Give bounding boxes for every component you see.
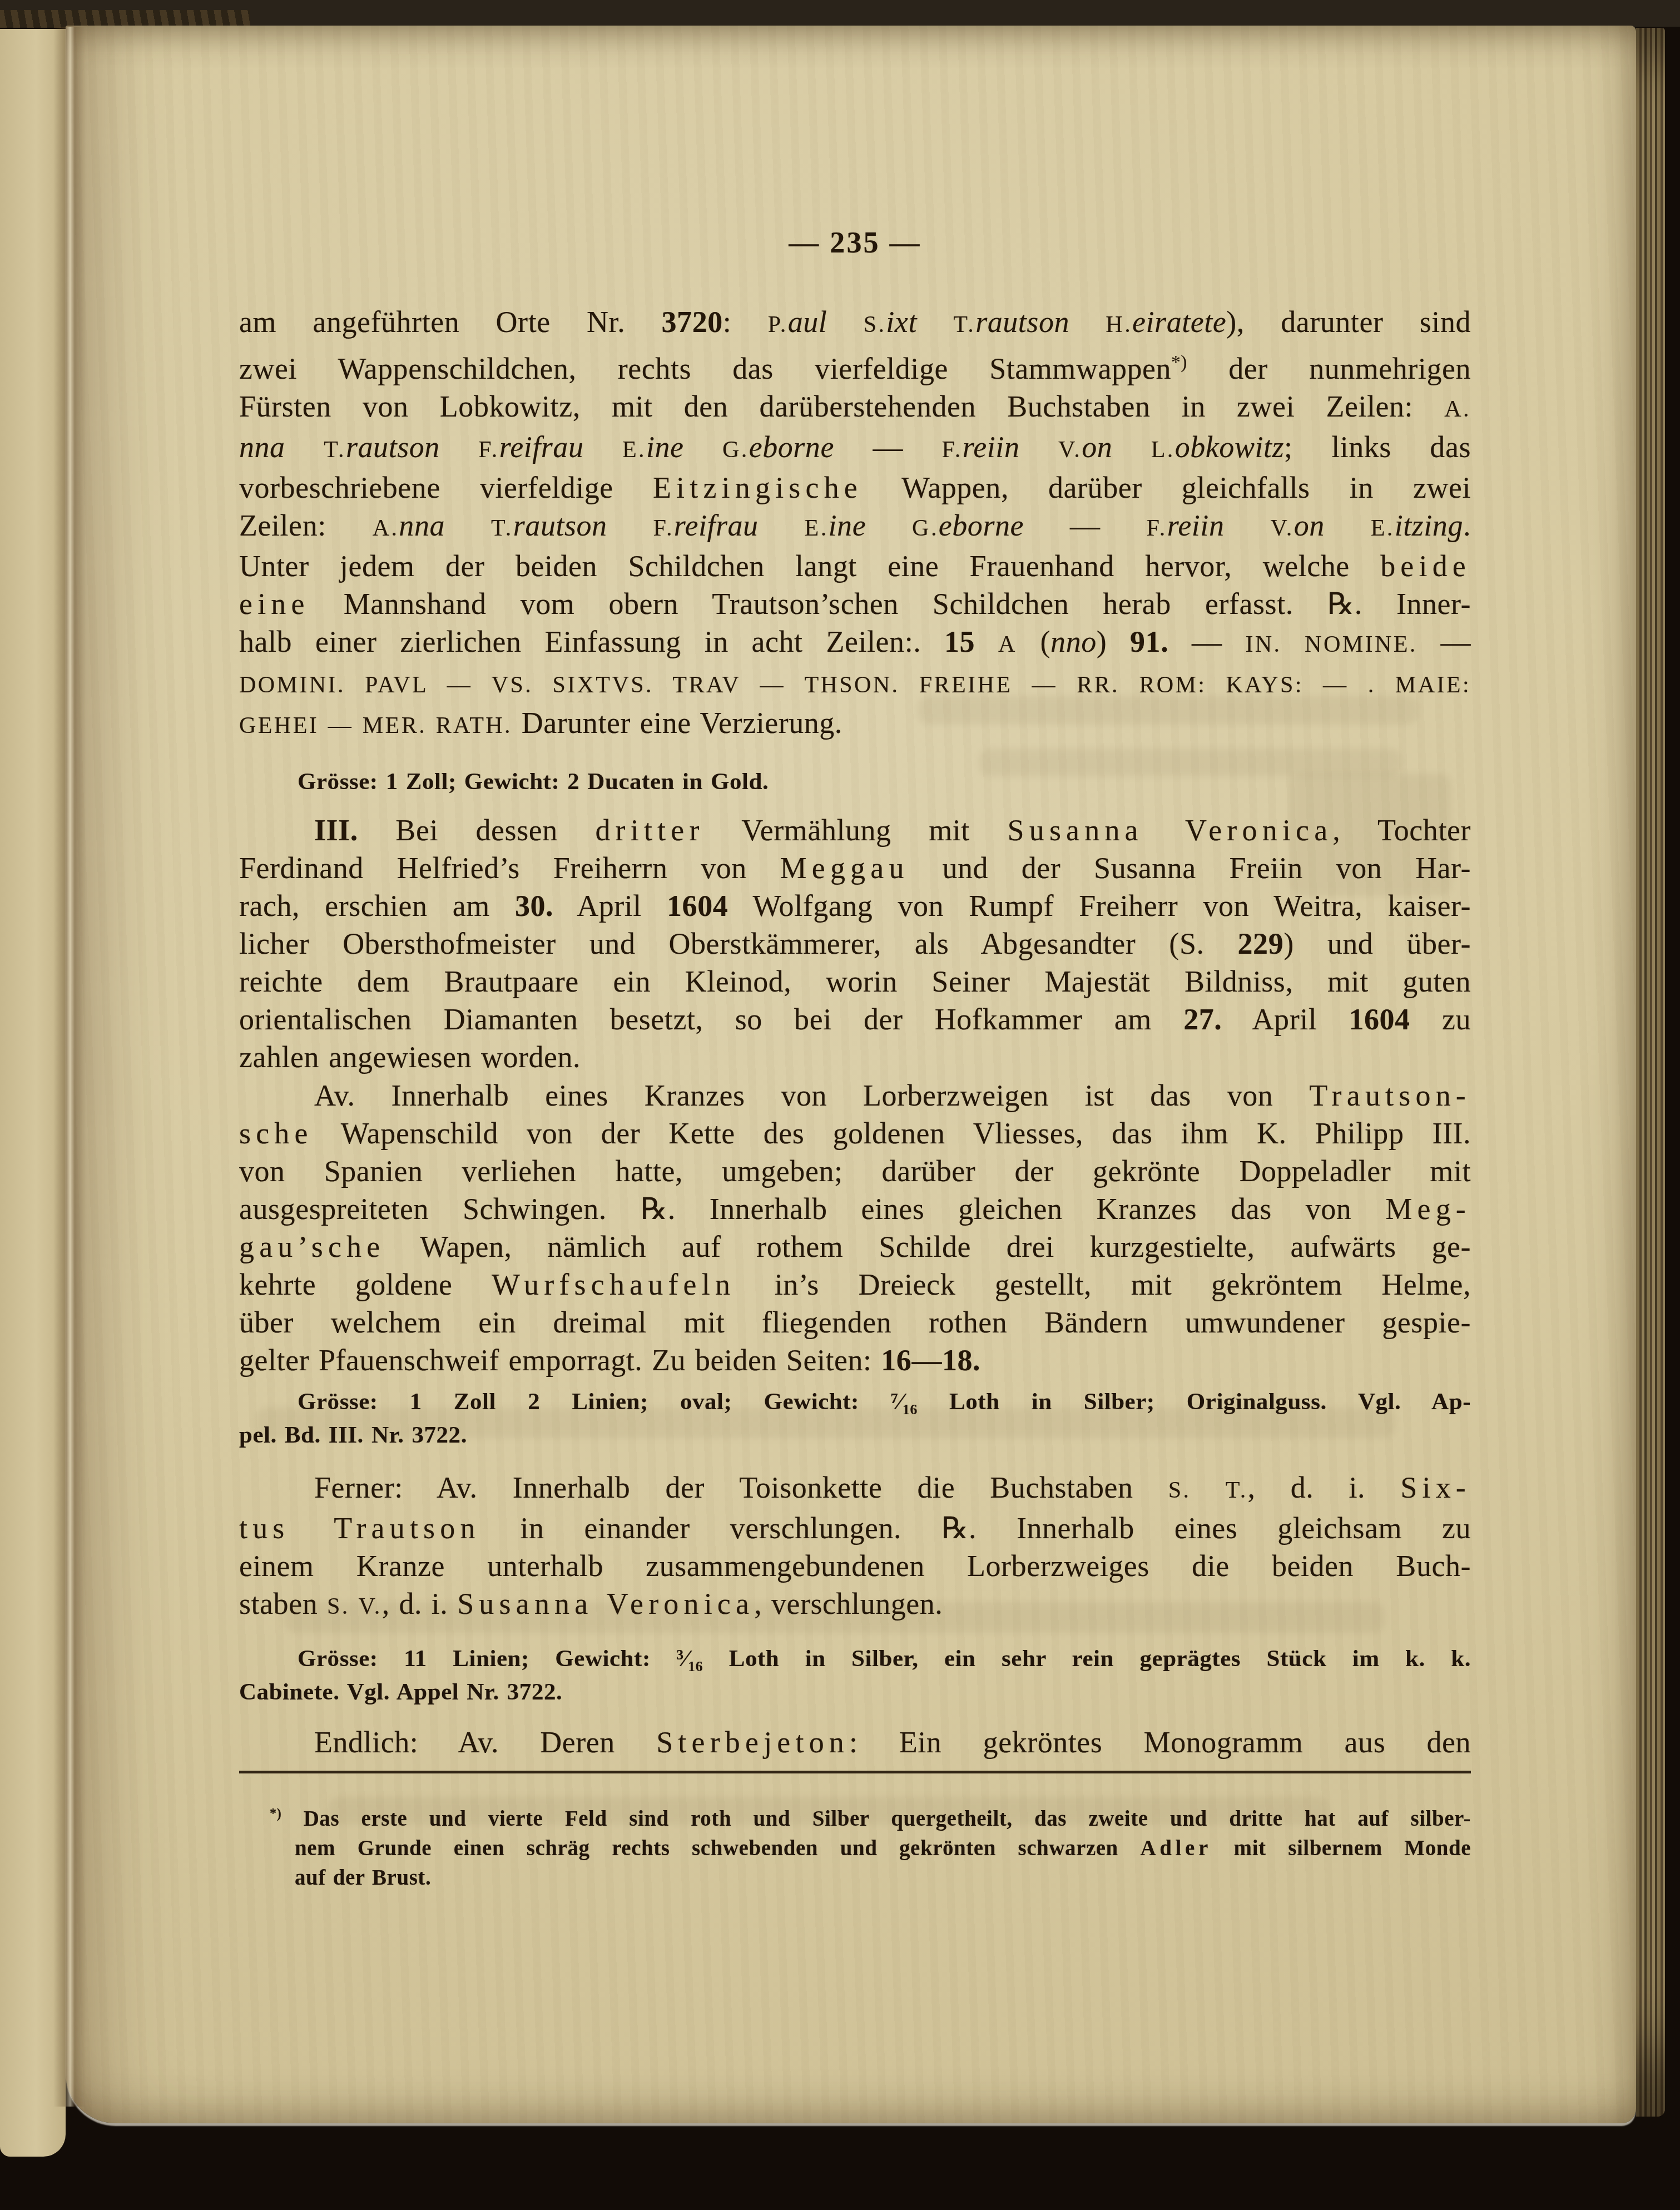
text-segment: ³⁄₁₆ [676, 1646, 703, 1672]
text-line: *) Das erste und vierte Feld sind roth u… [295, 1799, 1471, 1834]
text-segment: Endlich: Av. Deren [314, 1726, 656, 1759]
text-segment: Susanna Veronica [1007, 814, 1332, 847]
text-segment: Meggau [780, 851, 909, 885]
text-segment: Loth in Silber, ein sehr rein geprägtes … [703, 1646, 1471, 1672]
text-segment: F. [653, 515, 674, 541]
text-segment: T. [953, 311, 975, 338]
text-segment: P. [768, 311, 788, 338]
text-line: Grösse: 11 Linien; Gewicht: ³⁄₁₆ Loth in… [239, 1642, 1471, 1676]
text-segment: G. [912, 515, 939, 541]
text-line: rach, erschien am 30. April 1604 Wolfgan… [239, 887, 1471, 925]
text-line: Zeilen: A.nna T.rautson F.reifrau E.ine … [239, 507, 1471, 547]
text-segment: DOMINI. PAVL — VS. SIXTVS. TRAV — THSON.… [239, 672, 1471, 698]
text-line: pel. Bd. III. Nr. 3722. [239, 1419, 1471, 1452]
text-segment: 30. [515, 889, 553, 923]
text-segment: nna [399, 509, 491, 542]
text-segment: Zeilen: [239, 509, 373, 542]
text-line: Ferner: Av. Innerhalb der Toisonkette di… [239, 1469, 1471, 1509]
text-line: Grösse: 1 Zoll 2 Linien; oval; Gewicht: … [239, 1385, 1471, 1419]
text-segment: obkowitz [1175, 430, 1284, 464]
text-segment: mit silbernem Monde [1212, 1836, 1471, 1860]
text-segment: Eitzingische [653, 471, 863, 504]
text-segment: *) [1171, 352, 1187, 373]
text-segment: Zoll [422, 1389, 528, 1415]
para-endlich: Endlich: Av. Deren Sterbejeton: Ein gekr… [239, 1723, 1471, 1761]
text-segment: H. [1106, 311, 1132, 338]
text-segment: reiin [1167, 509, 1271, 542]
text-line: Endlich: Av. Deren Sterbejeton: Ein gekr… [239, 1723, 1471, 1761]
text-segment: 27. [1183, 1003, 1222, 1036]
text-segment: und der Susanna Freiin von Har- [909, 851, 1471, 885]
text-segment: sche [239, 1117, 313, 1150]
text-segment: Trautson- [1309, 1079, 1471, 1112]
text-segment: tus Trautson [239, 1512, 480, 1545]
text-segment: nem Grunde einen schräg rechts schwebend… [295, 1836, 1141, 1860]
text-segment: zu [1410, 1003, 1471, 1036]
text-segment: E. [1371, 515, 1395, 541]
text-segment: 3722. [507, 1679, 562, 1705]
text-line: GEHEI — MER. RATH. Darunter eine Verzier… [239, 704, 1471, 745]
text-segment: Linien; Gewicht: [427, 1646, 676, 1672]
text-segment: Meg- [1385, 1192, 1471, 1226]
text-segment: Mannshand vom obern Trautson’schen Schil… [310, 587, 1471, 621]
text-segment: aul [788, 305, 864, 339]
text-block: am angeführten Orte Nr. 3720: P.aul S.ix… [239, 264, 1471, 1892]
text-segment: Ferdinand Helfried’s Freiherrn von [239, 851, 780, 885]
text-segment: on [1082, 430, 1151, 464]
text-segment: rautson [513, 509, 653, 542]
text-segment: rach, erschien am [239, 889, 515, 923]
text-line: einem Kranze unterhalb zusammengebundene… [239, 1547, 1471, 1585]
text-segment: F. [1146, 515, 1167, 541]
text-segment: S. T. [1168, 1477, 1248, 1503]
text-segment: in’s Dreieck gestellt, mit gekröntem Hel… [735, 1268, 1471, 1301]
text-line: orientalischen Diamanten besetzt, so bei… [239, 1000, 1471, 1038]
text-line: reichte dem Brautpaare ein Kleinod, wori… [239, 963, 1471, 1000]
text-segment: A. [373, 515, 399, 541]
text-segment: T. [491, 515, 513, 541]
text-segment: auf der Brust. [295, 1866, 431, 1890]
text-line: halb einer zierlichen Einfassung in acht… [239, 623, 1471, 663]
gutter-shadow [53, 27, 86, 2107]
text-segment: rautson [975, 305, 1106, 339]
footnote-1: *) Das erste und vierte Feld sind roth u… [239, 1799, 1471, 1892]
text-line: nna T.rautson F.reifrau E.ine G.eborne —… [239, 428, 1471, 469]
text-segment: Fürsten von Lobkowitz, mit den darüberst… [239, 390, 1444, 423]
text-segment: E. [805, 515, 829, 541]
text-segment: itzing [1395, 509, 1463, 542]
text-segment: orientalischen Diamanten besetzt, so bei… [239, 1003, 1183, 1036]
text-segment: reichte dem Brautpaare ein Kleinod, wori… [239, 965, 1471, 998]
text-segment: gelter Pfauenschweif emporragt. Zu beide… [239, 1344, 881, 1377]
text-segment: Wolfgang von Rumpf Freiherr von Weitra, … [728, 889, 1471, 923]
text-segment: eborne [749, 430, 834, 464]
text-line: eine Mannshand vom obern Trautson’schen … [239, 585, 1471, 623]
text-segment: Linien; oval; Gewicht: [540, 1389, 891, 1415]
text-segment: Zoll; Gewicht: [398, 769, 568, 795]
text-segment: T. [324, 437, 346, 463]
small-1: Grösse: 1 Zoll; Gewicht: 2 Ducaten in Go… [239, 765, 1471, 799]
text-line: von Spanien verliehen hatte, umgeben; da… [239, 1152, 1471, 1190]
text-segment: reifrau [674, 509, 805, 542]
text-segment: A [998, 631, 1017, 657]
text-segment [975, 625, 998, 658]
text-segment: ( [1017, 625, 1050, 658]
text-segment: gau’sche [239, 1230, 385, 1263]
text-segment: — [1418, 625, 1471, 658]
rule-1 [239, 1771, 1471, 1773]
book-page: — 235 — am angeführten Orte Nr. 3720: P.… [66, 26, 1636, 2123]
text-segment: *) [270, 1806, 281, 1821]
text-segment: 3720 [662, 305, 723, 339]
binding-top-band [0, 0, 1680, 27]
text-segment: licher Obersthofmeister und Oberstkämmer… [239, 927, 1238, 960]
para-ferner: Ferner: Av. Innerhalb der Toisonkette di… [239, 1469, 1471, 1626]
text-segment: April [1222, 1003, 1349, 1036]
text-segment: einem Kranze unterhalb zusammengebundene… [239, 1549, 1471, 1583]
text-segment: eiratete [1132, 305, 1226, 339]
text-segment: on [1294, 509, 1371, 542]
text-line: vorbeschriebene vierfeldige Eitzingische… [239, 469, 1471, 507]
text-segment: ine [829, 509, 913, 542]
text-segment: ; links das [1284, 430, 1471, 464]
fore-edge-page-stack [1636, 28, 1665, 2117]
text-line: tus Trautson in einander verschlungen. ℞… [239, 1509, 1471, 1547]
text-segment: Wapen, nämlich auf rothem Schilde drei k… [385, 1230, 1471, 1263]
text-segment: rautson [346, 430, 478, 464]
text-segment: 11 [404, 1646, 427, 1672]
text-segment: 1604 [667, 889, 728, 923]
text-segment: reiin [963, 430, 1058, 464]
text-segment: Das erste und vierte Feld sind roth und … [281, 1807, 1471, 1831]
text-segment: April [553, 889, 667, 923]
text-segment: , Tochter [1332, 814, 1471, 847]
text-segment: Six- [1400, 1471, 1471, 1504]
text-segment: GEHEI — MER. RATH. [239, 712, 512, 739]
text-line: zwei Wappenschildchen, rechts das vierfe… [239, 344, 1471, 388]
text-line: Unter jedem der beiden Schildchen langt … [239, 547, 1471, 585]
text-segment: ⁷⁄₁₆ [891, 1389, 918, 1415]
text-segment: 1 [386, 769, 398, 795]
text-line: auf der Brust. [295, 1863, 1471, 1892]
text-segment: — [1024, 509, 1146, 542]
text-segment: Grösse: [298, 1646, 404, 1672]
text-segment: Av. Innerhalb eines Kranzes von Lorberzw… [314, 1079, 1309, 1112]
scanned-book-spread: { "page": { "header_text": "— 235 —", "b… [0, 0, 1680, 2210]
text-line: Av. Innerhalb eines Kranzes von Lorberzw… [239, 1077, 1471, 1114]
text-segment: zahlen angewiesen worden. [239, 1040, 581, 1074]
text-segment: reifrau [499, 430, 622, 464]
text-segment: nno [1050, 625, 1097, 658]
text-segment: 1 [410, 1389, 422, 1415]
text-line: Grösse: 1 Zoll; Gewicht: 2 Ducaten in Go… [239, 765, 1471, 799]
text-segment: Grösse: [298, 769, 386, 795]
text-segment: , d. i. [1248, 1471, 1401, 1504]
text-segment: Wappen, darüber gleichfalls in zwei [863, 471, 1471, 504]
text-line: nem Grunde einen schräg rechts schwebend… [295, 1834, 1471, 1863]
text-segment: Unter jedem der beiden Schildchen langt … [239, 549, 1380, 583]
text-line: Fürsten von Lobkowitz, mit den darüberst… [239, 388, 1471, 428]
para-iii: III. Bei dessen dritter Vermählung mit S… [239, 811, 1471, 1076]
text-segment: dritter [595, 814, 704, 847]
text-line: kehrte goldene Wurfschaufeln in’s Dreiec… [239, 1266, 1471, 1304]
text-segment: Loth in Silber; Originalguss. Vgl. Ap- [918, 1389, 1471, 1415]
text-segment: nna [239, 430, 324, 464]
text-line: III. Bei dessen dritter Vermählung mit S… [239, 811, 1471, 849]
text-line: DOMINI. PAVL — VS. SIXTVS. TRAV — THSON.… [239, 663, 1471, 704]
text-segment: 229 [1238, 927, 1284, 960]
text-segment: vorbeschriebene vierfeldige [239, 471, 653, 504]
text-segment: Bei dessen [358, 814, 596, 847]
text-segment: ine [646, 430, 722, 464]
text-line: Ferdinand Helfried’s Freiherrn von Megga… [239, 849, 1471, 887]
text-segment: von Spanien verliehen hatte, umgeben; da… [239, 1154, 1471, 1188]
text-segment: 16—18. [881, 1344, 980, 1377]
text-segment: V. [1058, 437, 1082, 463]
text-segment: — [1168, 625, 1245, 658]
text-segment: eborne [939, 509, 1024, 542]
text-segment: zwei Wappenschildchen, rechts das vierfe… [239, 352, 1171, 385]
text-line: staben S. V., d. i. Susanna Veronica, ve… [239, 1585, 1471, 1626]
text-segment: 91. [1130, 625, 1168, 658]
text-segment: . [1463, 509, 1471, 542]
text-segment: : [723, 305, 768, 339]
text-segment: 15 [944, 625, 975, 658]
text-line: über welchem ein dreimal mit fliegenden … [239, 1304, 1471, 1341]
text-segment: IN. NOMINE. [1245, 631, 1417, 657]
text-segment: V. [1270, 515, 1294, 541]
text-line: zahlen angewiesen worden. [239, 1038, 1471, 1076]
text-segment: III. [314, 814, 358, 847]
text-line: Cabinete. Vgl. Appel Nr. 3722. [239, 1676, 1471, 1709]
text-segment: Adler [1141, 1836, 1212, 1860]
text-segment: in einander verschlungen. ℞. Innerhalb e… [480, 1512, 1471, 1545]
text-segment: eine [239, 587, 310, 621]
text-segment: pel. Bd. III. Nr. [239, 1422, 412, 1448]
text-segment: halb einer zierlichen Einfassung in acht… [239, 625, 944, 658]
text-segment: F. [478, 437, 499, 463]
text-segment: , d. i. [382, 1587, 457, 1621]
text-segment: ), darunter sind [1226, 305, 1471, 339]
text-segment: staben [239, 1587, 327, 1621]
text-segment: Grösse: [298, 1389, 410, 1415]
text-segment: ixt [886, 305, 953, 339]
text-line: ausgespreiteten Schwingen. ℞. Innerhalb … [239, 1190, 1471, 1228]
text-segment: E. [622, 437, 646, 463]
text-segment: Darunter eine Verzierung. [512, 706, 843, 740]
text-segment: G. [722, 437, 749, 463]
page-number: — 235 — [239, 225, 1471, 260]
text-segment: F. [941, 437, 962, 463]
text-segment: Wurfschaufeln [492, 1268, 735, 1301]
text-segment: Wapenschild von der Kette des goldenen V… [313, 1117, 1471, 1150]
text-segment: S. V. [327, 1593, 382, 1619]
text-line: gelter Pfauenschweif emporragt. Zu beide… [239, 1341, 1471, 1379]
text-segment: A. [1444, 396, 1471, 422]
para-1: am angeführten Orte Nr. 3720: P.aul S.ix… [239, 303, 1471, 745]
text-segment: Ducaten in Gold. [579, 769, 769, 795]
text-segment: Vermählung mit [705, 814, 1008, 847]
text-line: gau’sche Wapen, nämlich auf rothem Schil… [239, 1228, 1471, 1266]
text-segment: , verschlungen. [754, 1587, 943, 1621]
text-line: licher Obersthofmeister und Oberstkämmer… [239, 925, 1471, 963]
text-segment: : Ein gekröntes Monogramm aus den [849, 1726, 1471, 1759]
text-segment: ) [1097, 625, 1130, 658]
text-segment: der nunmehrigen [1187, 352, 1471, 385]
text-line: am angeführten Orte Nr. 3720: P.aul S.ix… [239, 303, 1471, 344]
text-segment: 2 [528, 1389, 540, 1415]
text-segment: 3722. [412, 1422, 467, 1448]
text-segment: ) und über- [1283, 927, 1471, 960]
text-segment: am angeführten Orte Nr. [239, 305, 662, 339]
text-segment: kehrte goldene [239, 1268, 492, 1301]
text-segment: über welchem ein dreimal mit fliegenden … [239, 1306, 1471, 1339]
text-segment: S. [864, 311, 886, 338]
text-segment: Susanna Veronica [457, 1587, 754, 1621]
text-segment: — [834, 430, 942, 464]
small-3: Grösse: 11 Linien; Gewicht: ³⁄₁₆ Loth in… [239, 1642, 1471, 1709]
text-segment: beide [1380, 549, 1471, 583]
text-segment: ausgespreiteten Schwingen. ℞. Innerhalb … [239, 1192, 1385, 1226]
text-segment: Ferner: Av. Innerhalb der Toisonkette di… [314, 1471, 1168, 1504]
text-line: sche Wapenschild von der Kette des golde… [239, 1114, 1471, 1152]
text-segment: Sterbejeton [656, 1726, 849, 1759]
text-segment: 2 [567, 769, 579, 795]
text-segment: 1604 [1349, 1003, 1410, 1036]
text-segment: L. [1151, 437, 1175, 463]
text-segment: Cabinete. Vgl. Appel Nr. [239, 1679, 507, 1705]
small-2: Grösse: 1 Zoll 2 Linien; oval; Gewicht: … [239, 1385, 1471, 1452]
para-av: Av. Innerhalb eines Kranzes von Lorberzw… [239, 1077, 1471, 1379]
